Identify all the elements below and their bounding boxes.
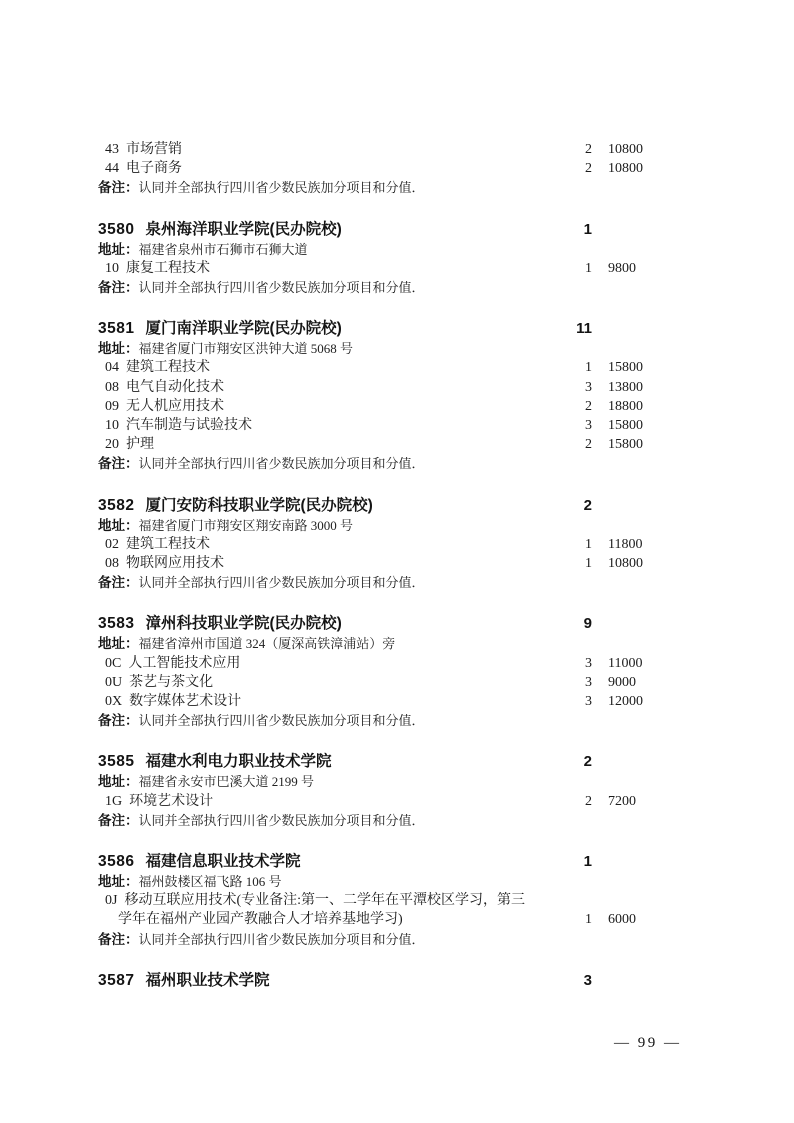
note-value: 认同并全部执行四川省少数民族加分项目和分值． <box>139 456 425 471</box>
major-code: 04 <box>105 360 119 375</box>
college-header-row: 3585福建水利电力职业技术学院2 <box>0 751 794 772</box>
major-name: 市场营销 <box>126 142 182 157</box>
major-tuition-fee: 7200 <box>608 792 636 811</box>
college-code: 3583 <box>98 615 134 632</box>
address-row: 地址：福建省永安市巴溪大道 2199 号 <box>0 772 794 791</box>
major-tuition-fee: 6000 <box>608 910 636 929</box>
college-code: 3582 <box>98 497 134 514</box>
major-row: 0J移动互联应用技术(专业备注:第一、二学年在平潭校区学习，第三学年在福州产业园… <box>0 891 794 929</box>
college-code: 3587 <box>98 972 134 989</box>
major-line: 04建筑工程技术 <box>105 358 794 377</box>
major-tuition-fee: 10800 <box>608 554 643 573</box>
address-value: 福建省厦门市翔安区翔安南路 3000 号 <box>139 518 354 533</box>
address-label: 地址： <box>98 518 139 533</box>
address-value: 福州鼓楼区福飞路 106 号 <box>139 874 282 889</box>
page-number: — 99 — <box>614 1035 682 1052</box>
major-row: 10汽车制造与试验技术315800 <box>0 416 794 435</box>
major-row: 44电子商务210800 <box>0 159 794 178</box>
major-line: 20护理 <box>105 435 794 454</box>
major-tuition-fee: 12000 <box>608 692 643 711</box>
major-tuition-fee: 18800 <box>608 397 643 416</box>
college-plan-total: 1 <box>520 851 592 872</box>
major-plan-count: 3 <box>520 673 592 692</box>
major-name: 无人机应用技术 <box>126 399 224 414</box>
note-label: 备注： <box>98 280 139 295</box>
major-name: 物联网应用技术 <box>126 556 224 571</box>
note-label: 备注： <box>98 713 139 728</box>
document-body: 43市场营销21080044电子商务210800备注：认同并全部执行四川省少数民… <box>0 140 794 991</box>
note-value: 认同并全部执行四川省少数民族加分项目和分值． <box>139 575 425 590</box>
major-name: 护理 <box>126 437 154 452</box>
college-code: 3585 <box>98 753 134 770</box>
major-name: 数字媒体艺术设计 <box>129 694 241 709</box>
note-row: 备注：认同并全部执行四川省少数民族加分项目和分值． <box>0 930 794 949</box>
major-row: 08物联网应用技术110800 <box>0 554 794 573</box>
major-line: 43市场营销 <box>105 140 794 159</box>
college-header-row: 3587福州职业技术学院3 <box>0 970 794 991</box>
note-row: 备注：认同并全部执行四川省少数民族加分项目和分值． <box>0 811 794 830</box>
address-value: 福建省永安市巴溪大道 2199 号 <box>139 774 315 789</box>
address-row: 地址：福建省厦门市翔安区洪钟大道 5068 号 <box>0 339 794 358</box>
major-plan-count: 1 <box>520 910 592 929</box>
college-code: 3580 <box>98 221 134 238</box>
college-code: 3586 <box>98 853 134 870</box>
major-code: 43 <box>105 142 119 157</box>
major-code: 09 <box>105 399 119 414</box>
college-section: 3581厦门南洋职业学院(民办院校)11地址：福建省厦门市翔安区洪钟大道 506… <box>0 318 794 473</box>
major-code: 10 <box>105 418 119 433</box>
major-line: 0C人工智能技术应用 <box>105 654 794 673</box>
major-code: 0U <box>105 675 122 690</box>
major-code: 08 <box>105 380 119 395</box>
college-header-row: 3580泉州海洋职业学院(民办院校)1 <box>0 219 794 240</box>
note-label: 备注： <box>98 575 139 590</box>
college-section: 3586福建信息职业技术学院1地址：福州鼓楼区福飞路 106 号0J移动互联应用… <box>0 851 794 949</box>
major-plan-count: 3 <box>520 416 592 435</box>
major-plan-count: 1 <box>520 259 592 278</box>
note-value: 认同并全部执行四川省少数民族加分项目和分值． <box>139 280 425 295</box>
college-header-row: 3586福建信息职业技术学院1 <box>0 851 794 872</box>
college-code: 3581 <box>98 320 134 337</box>
college-plan-total: 1 <box>520 219 592 240</box>
major-name: 电子商务 <box>126 161 182 176</box>
note-row: 备注：认同并全部执行四川省少数民族加分项目和分值． <box>0 711 794 730</box>
address-label: 地址： <box>98 874 139 889</box>
major-tuition-fee: 11000 <box>608 654 642 673</box>
college-header-row: 3583漳州科技职业学院(民办院校)9 <box>0 613 794 634</box>
major-code: 10 <box>105 261 119 276</box>
address-label: 地址： <box>98 774 139 789</box>
college-name: 福建信息职业技术学院 <box>145 853 300 870</box>
major-code: 1G <box>105 794 122 809</box>
major-row: 0X数字媒体艺术设计312000 <box>0 692 794 711</box>
address-label: 地址： <box>98 242 139 257</box>
major-tuition-fee: 9800 <box>608 259 636 278</box>
major-name2: 学年在福州产业园产教融合人才培养基地学习) <box>118 912 403 927</box>
address-row: 地址：福建省漳州市国道 324（厦深高铁漳浦站）旁 <box>0 634 794 653</box>
college-section: 3580泉州海洋职业学院(民办院校)1地址：福建省泉州市石狮市石狮大道10康复工… <box>0 219 794 298</box>
college-section: 3582厦门安防科技职业学院(民办院校)2地址：福建省厦门市翔安区翔安南路 30… <box>0 495 794 593</box>
major-plan-count: 1 <box>520 535 592 554</box>
major-row: 43市场营销210800 <box>0 140 794 159</box>
major-line: 0X数字媒体艺术设计 <box>105 692 794 711</box>
major-code: 20 <box>105 437 119 452</box>
college-section: 3585福建水利电力职业技术学院2地址：福建省永安市巴溪大道 2199 号1G环… <box>0 751 794 830</box>
major-plan-count: 3 <box>520 378 592 397</box>
college-section: 3587福州职业技术学院3 <box>0 970 794 991</box>
address-value: 福建省厦门市翔安区洪钟大道 5068 号 <box>139 341 354 356</box>
major-tuition-fee: 15800 <box>608 358 643 377</box>
major-tuition-fee: 15800 <box>608 435 643 454</box>
major-code: 0X <box>105 694 122 709</box>
note-value: 认同并全部执行四川省少数民族加分项目和分值． <box>139 932 425 947</box>
address-label: 地址： <box>98 636 139 651</box>
document-page: 43市场营销21080044电子商务210800备注：认同并全部执行四川省少数民… <box>0 0 794 1123</box>
major-name: 移动互联应用技术(专业备注:第一、二学年在平潭校区学习，第三 <box>124 893 525 908</box>
major-plan-count: 2 <box>520 792 592 811</box>
major-row: 08电气自动化技术313800 <box>0 378 794 397</box>
major-name: 建筑工程技术 <box>126 360 210 375</box>
major-tuition-fee: 15800 <box>608 416 643 435</box>
major-plan-count: 2 <box>520 435 592 454</box>
college-plan-total: 9 <box>520 613 592 634</box>
major-line: 08电气自动化技术 <box>105 378 794 397</box>
major-name: 人工智能技术应用 <box>128 656 240 671</box>
major-tuition-fee: 11800 <box>608 535 642 554</box>
major-line: 10康复工程技术 <box>105 259 794 278</box>
major-plan-count: 3 <box>520 692 592 711</box>
major-plan-count: 1 <box>520 358 592 377</box>
major-row: 02建筑工程技术111800 <box>0 535 794 554</box>
major-line: 44电子商务 <box>105 159 794 178</box>
college-plan-total: 2 <box>520 495 592 516</box>
note-label: 备注： <box>98 456 139 471</box>
college-section: 3583漳州科技职业学院(民办院校)9地址：福建省漳州市国道 324（厦深高铁漳… <box>0 613 794 730</box>
major-name: 汽车制造与试验技术 <box>126 418 252 433</box>
college-name: 厦门南洋职业学院(民办院校) <box>145 320 341 337</box>
college-plan-total: 2 <box>520 751 592 772</box>
major-plan-count: 2 <box>520 397 592 416</box>
major-row: 04建筑工程技术115800 <box>0 358 794 377</box>
major-plan-count: 2 <box>520 140 592 159</box>
note-label: 备注： <box>98 932 139 947</box>
major-plan-count: 2 <box>520 159 592 178</box>
major-code: 0C <box>105 656 121 671</box>
note-row: 备注：认同并全部执行四川省少数民族加分项目和分值． <box>0 178 794 197</box>
major-line: 10汽车制造与试验技术 <box>105 416 794 435</box>
college-name: 厦门安防科技职业学院(民办院校) <box>145 497 372 514</box>
major-code: 02 <box>105 537 119 552</box>
note-value: 认同并全部执行四川省少数民族加分项目和分值． <box>139 180 425 195</box>
major-name: 环境艺术设计 <box>129 794 213 809</box>
college-name: 泉州海洋职业学院(民办院校) <box>145 221 341 238</box>
college-header-row: 3582厦门安防科技职业学院(民办院校)2 <box>0 495 794 516</box>
college-name: 漳州科技职业学院(民办院校) <box>145 615 341 632</box>
major-row: 20护理215800 <box>0 435 794 454</box>
address-row: 地址：福建省泉州市石狮市石狮大道 <box>0 240 794 259</box>
major-row: 0C人工智能技术应用311000 <box>0 654 794 673</box>
major-row: 1G环境艺术设计27200 <box>0 792 794 811</box>
address-value: 福建省泉州市石狮市石狮大道 <box>139 242 308 257</box>
note-row: 备注：认同并全部执行四川省少数民族加分项目和分值． <box>0 278 794 297</box>
major-row: 0U茶艺与茶文化39000 <box>0 673 794 692</box>
major-name: 电气自动化技术 <box>126 380 224 395</box>
note-row: 备注：认同并全部执行四川省少数民族加分项目和分值． <box>0 454 794 473</box>
major-line: 0U茶艺与茶文化 <box>105 673 794 692</box>
major-name: 茶艺与茶文化 <box>129 675 213 690</box>
college-name: 福建水利电力职业技术学院 <box>145 753 331 770</box>
note-value: 认同并全部执行四川省少数民族加分项目和分值． <box>139 713 425 728</box>
major-line: 1G环境艺术设计 <box>105 792 794 811</box>
address-row: 地址：福建省厦门市翔安区翔安南路 3000 号 <box>0 516 794 535</box>
college-plan-total: 3 <box>520 970 592 991</box>
address-label: 地址： <box>98 341 139 356</box>
major-row: 10康复工程技术19800 <box>0 259 794 278</box>
major-name-continued: 学年在福州产业园产教融合人才培养基地学习) <box>118 910 794 929</box>
major-line: 09无人机应用技术 <box>105 397 794 416</box>
major-line: 02建筑工程技术 <box>105 535 794 554</box>
major-line: 08物联网应用技术 <box>105 554 794 573</box>
address-row: 地址：福州鼓楼区福飞路 106 号 <box>0 872 794 891</box>
major-line: 0J移动互联应用技术(专业备注:第一、二学年在平潭校区学习，第三 <box>105 891 794 910</box>
major-tuition-fee: 9000 <box>608 673 636 692</box>
major-name: 建筑工程技术 <box>126 537 210 552</box>
college-name: 福州职业技术学院 <box>145 972 269 989</box>
major-code: 44 <box>105 161 119 176</box>
college-section: 43市场营销21080044电子商务210800备注：认同并全部执行四川省少数民… <box>0 140 794 198</box>
note-value: 认同并全部执行四川省少数民族加分项目和分值． <box>139 813 425 828</box>
note-label: 备注： <box>98 180 139 195</box>
note-row: 备注：认同并全部执行四川省少数民族加分项目和分值． <box>0 573 794 592</box>
major-plan-count: 3 <box>520 654 592 673</box>
major-tuition-fee: 10800 <box>608 140 643 159</box>
major-name: 康复工程技术 <box>126 261 210 276</box>
college-plan-total: 11 <box>520 318 592 339</box>
major-tuition-fee: 10800 <box>608 159 643 178</box>
note-label: 备注： <box>98 813 139 828</box>
college-header-row: 3581厦门南洋职业学院(民办院校)11 <box>0 318 794 339</box>
major-row: 09无人机应用技术218800 <box>0 397 794 416</box>
major-tuition-fee: 13800 <box>608 378 643 397</box>
major-code: 0J <box>105 893 117 908</box>
major-plan-count: 1 <box>520 554 592 573</box>
address-value: 福建省漳州市国道 324（厦深高铁漳浦站）旁 <box>139 636 396 651</box>
major-code: 08 <box>105 556 119 571</box>
